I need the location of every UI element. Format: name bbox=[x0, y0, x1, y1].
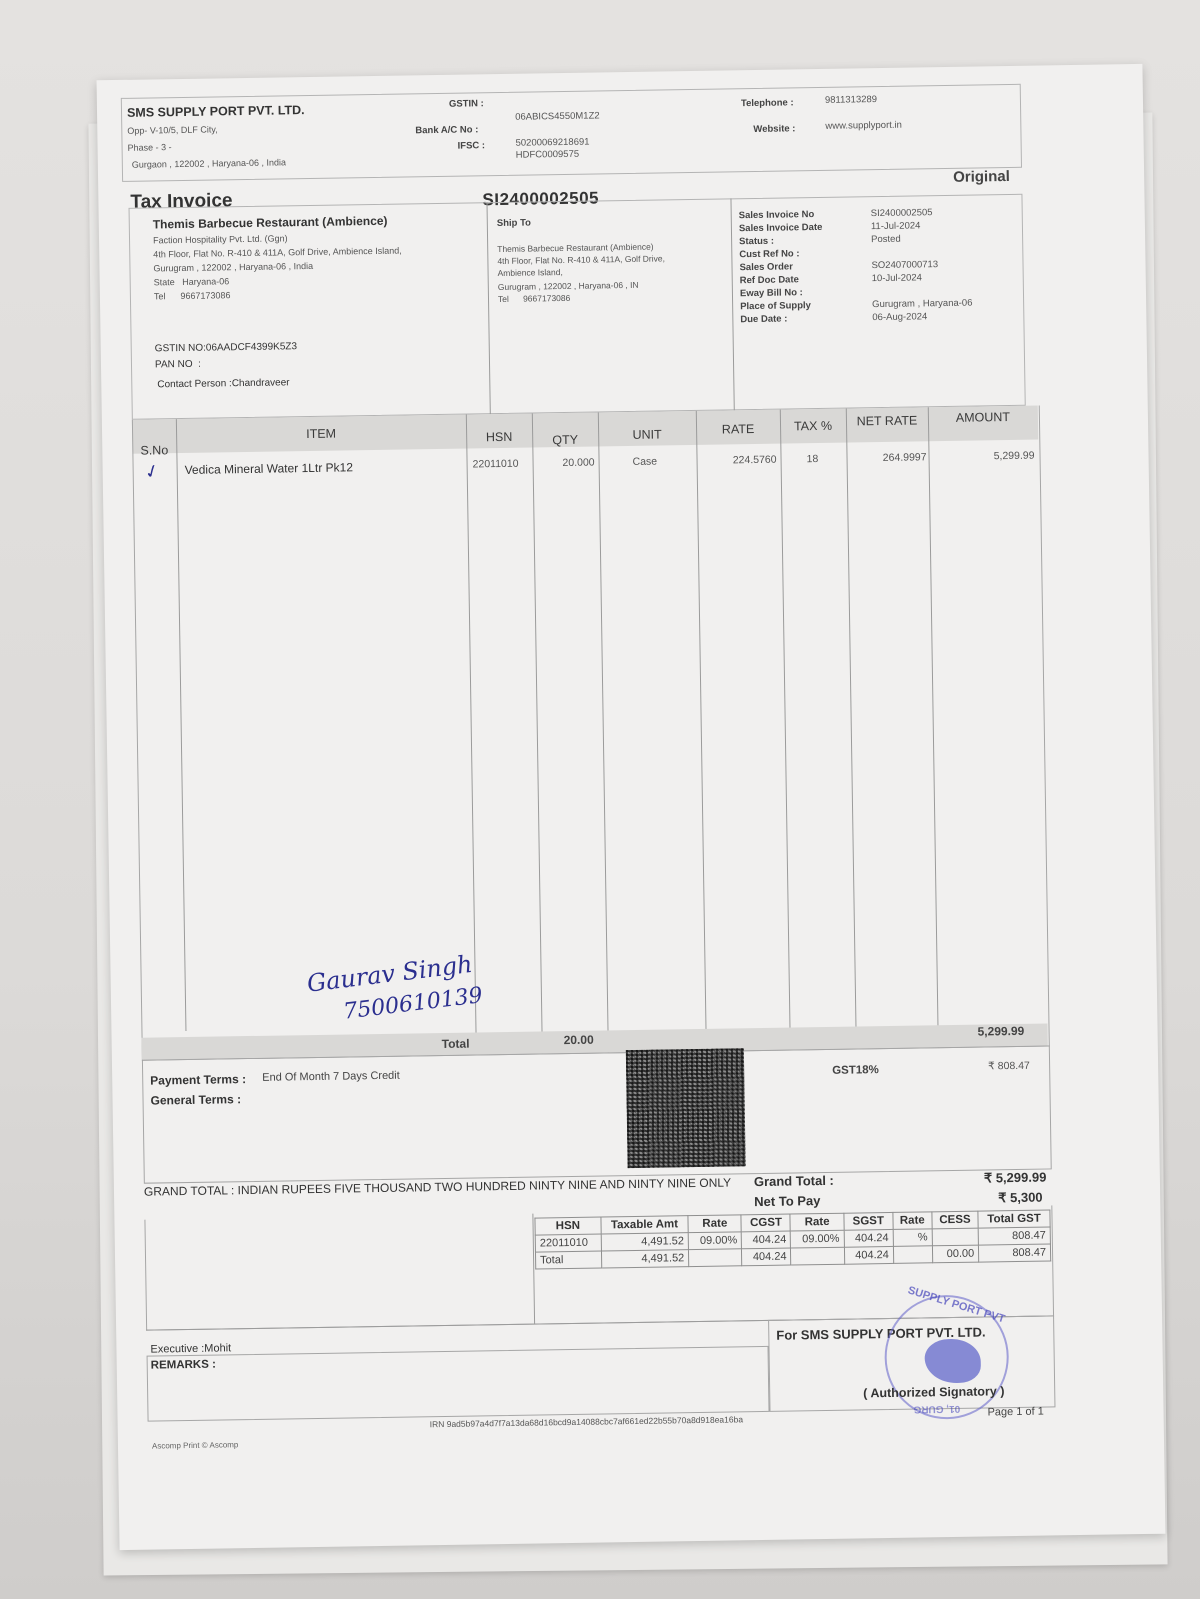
detail-value: Gurugram , Haryana-06 bbox=[872, 298, 972, 311]
tax-cell: 4,491.52 bbox=[601, 1233, 689, 1251]
gstin-label: GSTIN : bbox=[449, 98, 484, 110]
col-rate: RATE bbox=[696, 422, 780, 437]
invoice-details: Sales Invoice NoSI2400002505Sales Invoic… bbox=[97, 64, 1143, 80]
col-unit: UNIT bbox=[598, 427, 696, 443]
item-unit: Case bbox=[632, 456, 657, 468]
website-label: Website : bbox=[753, 123, 795, 135]
authorized-signatory: ( Authorized Signatory ) bbox=[863, 1384, 1004, 1400]
seller-telephone: 9811313289 bbox=[825, 94, 877, 106]
col-amount: AMOUNT bbox=[928, 410, 1038, 426]
item-tax: 18 bbox=[806, 453, 818, 465]
copy-type: Original bbox=[953, 168, 1010, 186]
gst-value: ₹ 808.47 bbox=[988, 1060, 1030, 1073]
bill-to-tel: Tel 9667173086 bbox=[154, 290, 231, 301]
general-terms-label: General Terms : bbox=[150, 1092, 241, 1107]
bank-account: 50200069218691 bbox=[515, 137, 589, 149]
tax-cell: HSN bbox=[535, 1217, 601, 1235]
detail-value: 11-Jul-2024 bbox=[871, 220, 921, 232]
grand-total-label: Grand Total : bbox=[754, 1173, 834, 1189]
irn-number: IRN 9ad5b97a4d7f7a13da68d16bcd9a14088cbc… bbox=[430, 1414, 744, 1429]
item-net-rate: 264.9997 bbox=[846, 451, 926, 464]
grand-total-value: ₹ 5,299.99 bbox=[984, 1170, 1047, 1187]
total-qty: 20.00 bbox=[564, 1033, 594, 1047]
tax-cell: 808.47 bbox=[979, 1244, 1051, 1262]
tax-cell bbox=[791, 1247, 845, 1265]
tax-cell: 404.24 bbox=[742, 1248, 791, 1266]
detail-label: Eway Bill No : bbox=[740, 287, 803, 299]
col-hsn: HSN bbox=[466, 430, 532, 445]
item-rate: 224.5760 bbox=[696, 454, 776, 467]
total-amount: 5,299.99 bbox=[977, 1024, 1024, 1039]
bill-to-state: State Haryana-06 bbox=[154, 276, 230, 287]
tax-cell: 404.24 bbox=[844, 1229, 893, 1247]
tax-cell: CESS bbox=[932, 1211, 979, 1229]
detail-label: Sales Order bbox=[739, 261, 793, 273]
payment-terms-label: Payment Terms : bbox=[150, 1072, 246, 1088]
col-tax: TAX % bbox=[780, 419, 846, 434]
invoice-paper: SMS SUPPLY PORT PVT. LTD. Opp- V-10/5, D… bbox=[97, 64, 1166, 1550]
item-amount: 5,299.99 bbox=[928, 450, 1034, 464]
items-rows: Vedica Mineral Water 1Ltr Pk122201101020… bbox=[97, 64, 1143, 80]
payment-terms-value: End Of Month 7 Days Credit bbox=[262, 1070, 400, 1084]
tax-cell: 404.24 bbox=[742, 1231, 791, 1249]
seller-address-2: Phase - 3 - bbox=[128, 142, 172, 153]
tax-cell: Total bbox=[535, 1251, 601, 1269]
col-net-rate: NET RATE bbox=[846, 413, 928, 428]
page-number: Page 1 of 1 bbox=[987, 1406, 1043, 1419]
tax-cell: SGST bbox=[844, 1212, 893, 1230]
item-hsn: 22011010 bbox=[473, 458, 519, 471]
ifsc-label: IFSC : bbox=[458, 140, 486, 151]
bill-to-pan: PAN NO : bbox=[155, 359, 201, 371]
tax-breakup-table: HSNTaxable AmtRateCGSTRateSGSTRateCESSTo… bbox=[534, 1209, 1051, 1269]
tax-cell: 09.00% bbox=[688, 1232, 742, 1250]
net-to-pay-label: Net To Pay bbox=[754, 1193, 820, 1209]
seller-address-1: Opp- V-10/5, DLF City, bbox=[127, 124, 218, 135]
detail-label: Ref Doc Date bbox=[740, 274, 799, 286]
tax-cell bbox=[932, 1228, 979, 1246]
printer-credit: Ascomp Print © Ascomp bbox=[152, 1440, 239, 1450]
tax-cell: 4,491.52 bbox=[601, 1250, 689, 1268]
detail-value: SI2400002505 bbox=[871, 207, 933, 219]
tax-cell: Rate bbox=[688, 1215, 742, 1233]
remarks-box bbox=[147, 1346, 770, 1422]
detail-value: 06-Aug-2024 bbox=[872, 311, 927, 323]
qr-code bbox=[626, 1048, 746, 1168]
items-table bbox=[132, 406, 1050, 1061]
ifsc-code: HDFC0009575 bbox=[516, 149, 580, 161]
detail-label: Sales Invoice Date bbox=[739, 222, 823, 234]
stamp-bottom-text: 01, GURG bbox=[913, 1403, 960, 1415]
terms-box bbox=[142, 1045, 1052, 1183]
ship-to-tel: Tel 9667173086 bbox=[498, 293, 570, 304]
detail-value: SO2407000713 bbox=[871, 259, 938, 271]
tax-cell bbox=[689, 1249, 743, 1267]
tax-cell: CGST bbox=[741, 1214, 790, 1232]
ship-to-line3: Ambience Island, bbox=[498, 267, 563, 278]
tax-cell: Taxable Amt bbox=[601, 1216, 689, 1234]
bank-label: Bank A/C No : bbox=[415, 124, 478, 136]
telephone-label: Telephone : bbox=[741, 97, 794, 109]
detail-label: Due Date : bbox=[740, 313, 787, 325]
tax-cell: Total GST bbox=[978, 1210, 1050, 1228]
tax-cell: 22011010 bbox=[535, 1234, 601, 1252]
detail-value: Posted bbox=[871, 234, 901, 245]
tax-cell: % bbox=[893, 1229, 932, 1247]
detail-label: Cust Ref No : bbox=[739, 248, 799, 260]
detail-label: Status : bbox=[739, 236, 774, 248]
tax-cell: 808.47 bbox=[978, 1227, 1050, 1245]
col-qty: QTY bbox=[532, 432, 598, 447]
detail-value: 10-Jul-2024 bbox=[872, 272, 922, 284]
detail-label: Place of Supply bbox=[740, 300, 811, 312]
seller-gstin: 06ABICS4550M1Z2 bbox=[515, 110, 600, 122]
detail-label: Sales Invoice No bbox=[739, 209, 815, 221]
tax-cell: 09.00% bbox=[791, 1230, 845, 1248]
bill-to-gstin: GSTIN NO:06AADCF4399K5Z3 bbox=[155, 341, 297, 354]
tax-cell: Rate bbox=[893, 1212, 932, 1230]
contact-person: Contact Person :Chandraveer bbox=[157, 377, 289, 390]
ship-to-label: Ship To bbox=[497, 218, 531, 230]
tax-cell bbox=[893, 1246, 932, 1264]
gst-label: GST18% bbox=[832, 1064, 879, 1077]
total-label: Total bbox=[442, 1037, 470, 1051]
seller-name: SMS SUPPLY PORT PVT. LTD. bbox=[127, 103, 305, 120]
tax-cell: Rate bbox=[790, 1213, 844, 1231]
net-to-pay-value: ₹ 5,300 bbox=[998, 1190, 1043, 1207]
item-item: Vedica Mineral Water 1Ltr Pk12 bbox=[185, 460, 354, 477]
tax-cell: 404.24 bbox=[844, 1246, 893, 1264]
bill-to-line1: Faction Hospitality Pvt. Ltd. (Ggn) bbox=[153, 233, 288, 245]
col-sno: S.No bbox=[132, 443, 176, 458]
tax-cell: 00.00 bbox=[932, 1245, 979, 1263]
item-qty: 20.000 bbox=[532, 457, 594, 470]
seller-website[interactable]: www.supplyport.in bbox=[825, 120, 902, 132]
